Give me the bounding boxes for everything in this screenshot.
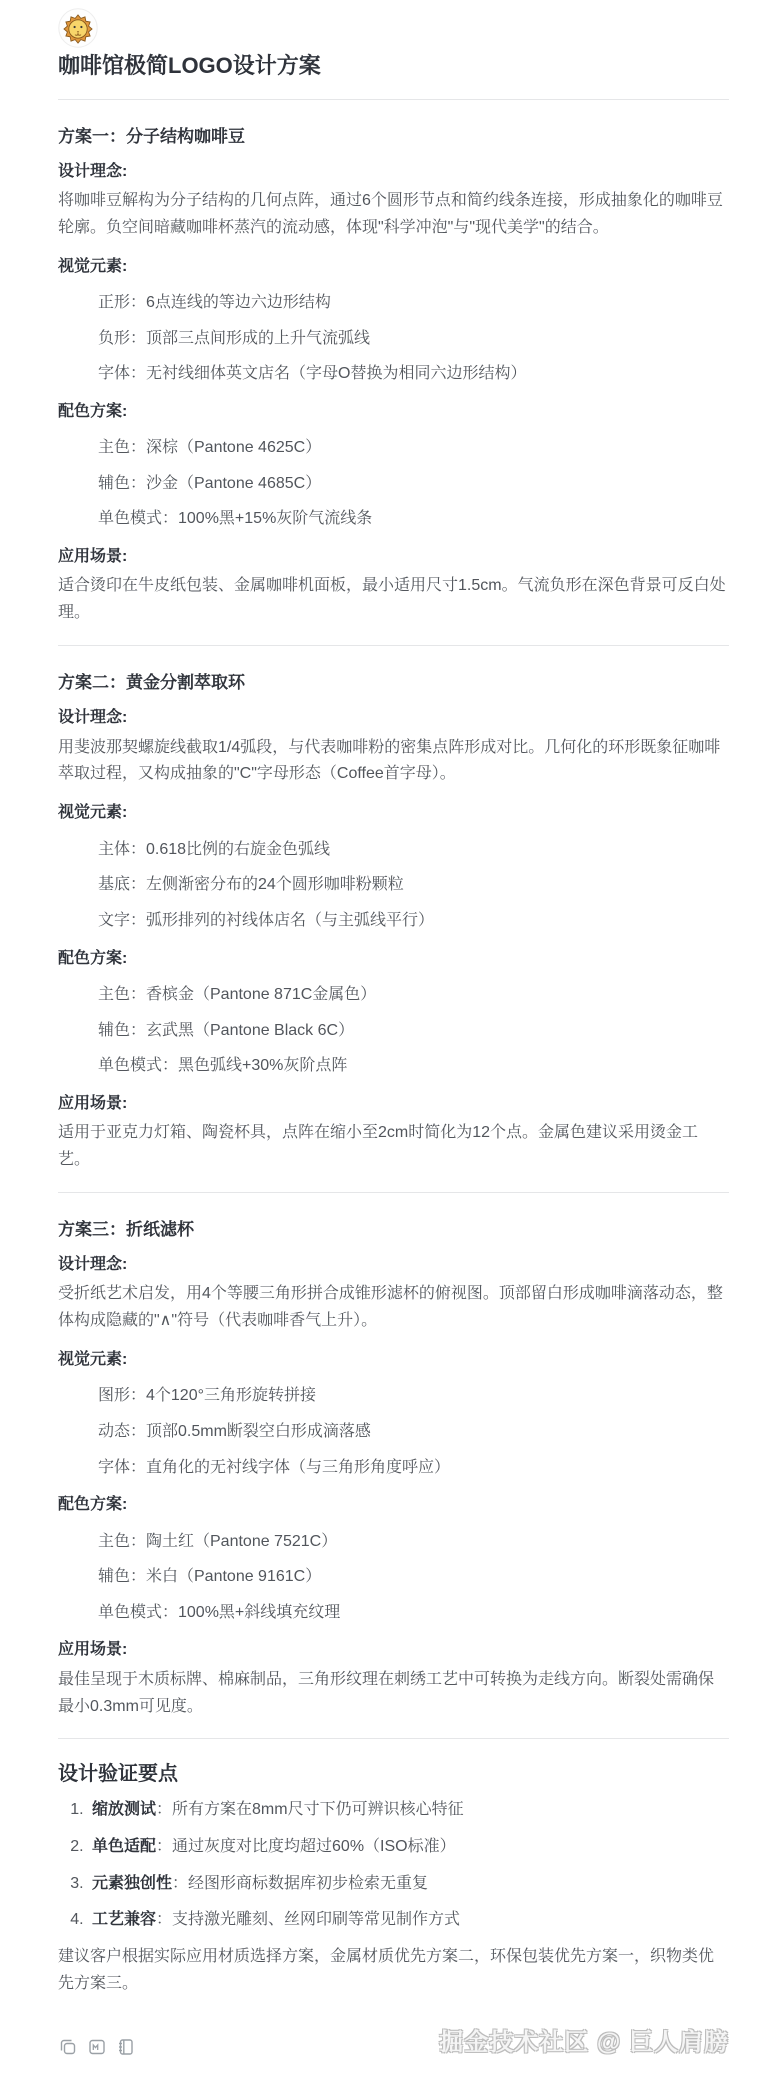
list-item: 负形：顶部三点间形成的上升气流弧线 — [98, 326, 729, 352]
section-verification: 设计验证要点 缩放测试：所有方案在8mm尺寸下仍可辨识核心特征 单色适配：通过灰… — [58, 1757, 729, 1997]
list-item: 动态：顶部0.5mm断裂空白形成滴落感 — [98, 1419, 729, 1445]
palette-label: 配色方案: — [58, 946, 729, 972]
list-item: 单色模式：100%黑+15%灰阶气流线条 — [98, 506, 729, 532]
lion-avatar — [58, 8, 98, 48]
footer: 掘金技术社区 @ 巨人肩膀 — [58, 2022, 729, 2057]
verification-list: 缩放测试：所有方案在8mm尺寸下仍可辨识核心特征 单色适配：通过灰度对比度均超过… — [58, 1797, 729, 1932]
lion-avatar-icon — [58, 8, 98, 48]
scene-text: 适用于亚克力灯箱、陶瓷杯具，点阵在缩小至2cm时简化为12个点。金属色建议采用烫… — [58, 1120, 729, 1174]
visual-list: 图形：4个120°三角形旋转拼接 动态：顶部0.5mm断裂空白形成滴落感 字体：… — [58, 1383, 729, 1480]
list-item: 单色模式：黑色弧线+30%灰阶点阵 — [98, 1053, 729, 1079]
markdown-icon[interactable] — [87, 2037, 107, 2057]
list-item: 主色：陶土红（Pantone 7521C） — [98, 1529, 729, 1555]
list-item: 元素独创性：经图形商标数据库初步检索无重复 — [88, 1871, 729, 1897]
visual-label: 视觉元素: — [58, 254, 729, 280]
scene-text: 最佳呈现于木质标牌、棉麻制品，三角形纹理在刺绣工艺中可转换为走线方向。断裂处需确… — [58, 1667, 729, 1721]
item-text: 经图形商标数据库初步检索无重复 — [188, 1875, 428, 1892]
list-item: 辅色：玄武黑（Pantone Black 6C） — [98, 1018, 729, 1044]
visual-label: 视觉元素: — [58, 800, 729, 826]
item-text: 通过灰度对比度均超过60%（ISO标准） — [172, 1838, 456, 1855]
list-item: 主体：0.618比例的右旋金色弧线 — [98, 837, 729, 863]
list-item: 图形：4个120°三角形旋转拼接 — [98, 1383, 729, 1409]
section-heading: 方案三：折纸滤杯 — [58, 1215, 729, 1240]
palette-label: 配色方案: — [58, 399, 729, 425]
scene-text: 适合烫印在牛皮纸包装、金属咖啡机面板，最小适用尺寸1.5cm。气流负形在深色背景… — [58, 573, 729, 627]
article-page: 咖啡馆极简LOGO设计方案 方案一：分子结构咖啡豆 设计理念: 将咖啡豆解构为分… — [0, 0, 766, 2085]
item-label: 工艺兼容 — [92, 1911, 156, 1928]
divider — [58, 99, 729, 100]
visual-list: 主体：0.618比例的右旋金色弧线 基底：左侧渐密分布的24个圆形咖啡粉颗粒 文… — [58, 837, 729, 934]
palette-list: 主色：香槟金（Pantone 871C金属色） 辅色：玄武黑（Pantone B… — [58, 982, 729, 1079]
scene-label: 应用场景: — [58, 544, 729, 570]
list-item: 辅色：米白（Pantone 9161C） — [98, 1564, 729, 1590]
divider — [58, 1738, 729, 1739]
copy-icon[interactable] — [58, 2037, 78, 2057]
concept-text: 用斐波那契螺旋线截取1/4弧段，与代表咖啡粉的密集点阵形成对比。几何化的环形既象… — [58, 735, 729, 789]
item-colon: ： — [156, 1801, 172, 1818]
list-item: 主色：深棕（Pantone 4625C） — [98, 435, 729, 461]
concept-label: 设计理念: — [58, 705, 729, 731]
item-label: 单色适配 — [92, 1838, 156, 1855]
section-heading: 方案二：黄金分割萃取环 — [58, 668, 729, 693]
concept-text: 受折纸艺术启发，用4个等腰三角形拼合成锥形滤杯的俯视图。顶部留白形成咖啡滴落动态… — [58, 1281, 729, 1335]
item-text: 支持激光雕刻、丝网印刷等常见制作方式 — [172, 1911, 460, 1928]
list-item: 基底：左侧渐密分布的24个圆形咖啡粉颗粒 — [98, 872, 729, 898]
conclusion-text: 建议客户根据实际应用材质选择方案，金属材质优先方案二，环保包装优先方案一，织物类… — [58, 1944, 729, 1998]
item-text: 所有方案在8mm尺寸下仍可辨识核心特征 — [172, 1801, 464, 1818]
verification-heading: 设计验证要点 — [58, 1757, 729, 1786]
list-item: 字体：无衬线细体英文店名（字母O替换为相同六边形结构） — [98, 361, 729, 387]
concept-label: 设计理念: — [58, 159, 729, 185]
section-proposal-3: 方案三：折纸滤杯 设计理念: 受折纸艺术启发，用4个等腰三角形拼合成锥形滤杯的俯… — [58, 1215, 729, 1721]
list-item: 工艺兼容：支持激光雕刻、丝网印刷等常见制作方式 — [88, 1907, 729, 1933]
concept-label: 设计理念: — [58, 1252, 729, 1278]
page-title: 咖啡馆极简LOGO设计方案 — [58, 52, 729, 81]
list-item: 辅色：沙金（Pantone 4685C） — [98, 471, 729, 497]
visual-label: 视觉元素: — [58, 1347, 729, 1373]
section-heading: 方案一：分子结构咖啡豆 — [58, 122, 729, 147]
item-label: 缩放测试 — [92, 1801, 156, 1818]
divider — [58, 645, 729, 646]
visual-list: 正形：6点连线的等边六边形结构 负形：顶部三点间形成的上升气流弧线 字体：无衬线… — [58, 290, 729, 387]
list-item: 字体：直角化的无衬线字体（与三角形角度呼应） — [98, 1455, 729, 1481]
list-item: 缩放测试：所有方案在8mm尺寸下仍可辨识核心特征 — [88, 1797, 729, 1823]
message-actions — [58, 2037, 136, 2057]
scene-label: 应用场景: — [58, 1091, 729, 1117]
palette-label: 配色方案: — [58, 1492, 729, 1518]
list-item: 文字：弧形排列的衬线体店名（与主弧线平行） — [98, 908, 729, 934]
list-item: 主色：香槟金（Pantone 871C金属色） — [98, 982, 729, 1008]
list-item: 正形：6点连线的等边六边形结构 — [98, 290, 729, 316]
section-proposal-1: 方案一：分子结构咖啡豆 设计理念: 将咖啡豆解构为分子结构的几何点阵，通过6个圆… — [58, 122, 729, 628]
palette-list: 主色：深棕（Pantone 4625C） 辅色：沙金（Pantone 4685C… — [58, 435, 729, 532]
list-item: 单色适配：通过灰度对比度均超过60%（ISO标准） — [88, 1834, 729, 1860]
notebook-icon[interactable] — [116, 2037, 136, 2057]
watermark-text: 掘金技术社区 @ 巨人肩膀 — [439, 2022, 729, 2057]
section-proposal-2: 方案二：黄金分割萃取环 设计理念: 用斐波那契螺旋线截取1/4弧段，与代表咖啡粉… — [58, 668, 729, 1174]
item-label: 元素独创性 — [92, 1875, 172, 1892]
divider — [58, 1192, 729, 1193]
item-colon: ： — [156, 1911, 172, 1928]
item-colon: ： — [172, 1875, 188, 1892]
concept-text: 将咖啡豆解构为分子结构的几何点阵，通过6个圆形节点和简约线条连接，形成抽象化的咖… — [58, 188, 729, 242]
list-item: 单色模式：100%黑+斜线填充纹理 — [98, 1600, 729, 1626]
palette-list: 主色：陶土红（Pantone 7521C） 辅色：米白（Pantone 9161… — [58, 1529, 729, 1626]
scene-label: 应用场景: — [58, 1637, 729, 1663]
item-colon: ： — [156, 1838, 172, 1855]
